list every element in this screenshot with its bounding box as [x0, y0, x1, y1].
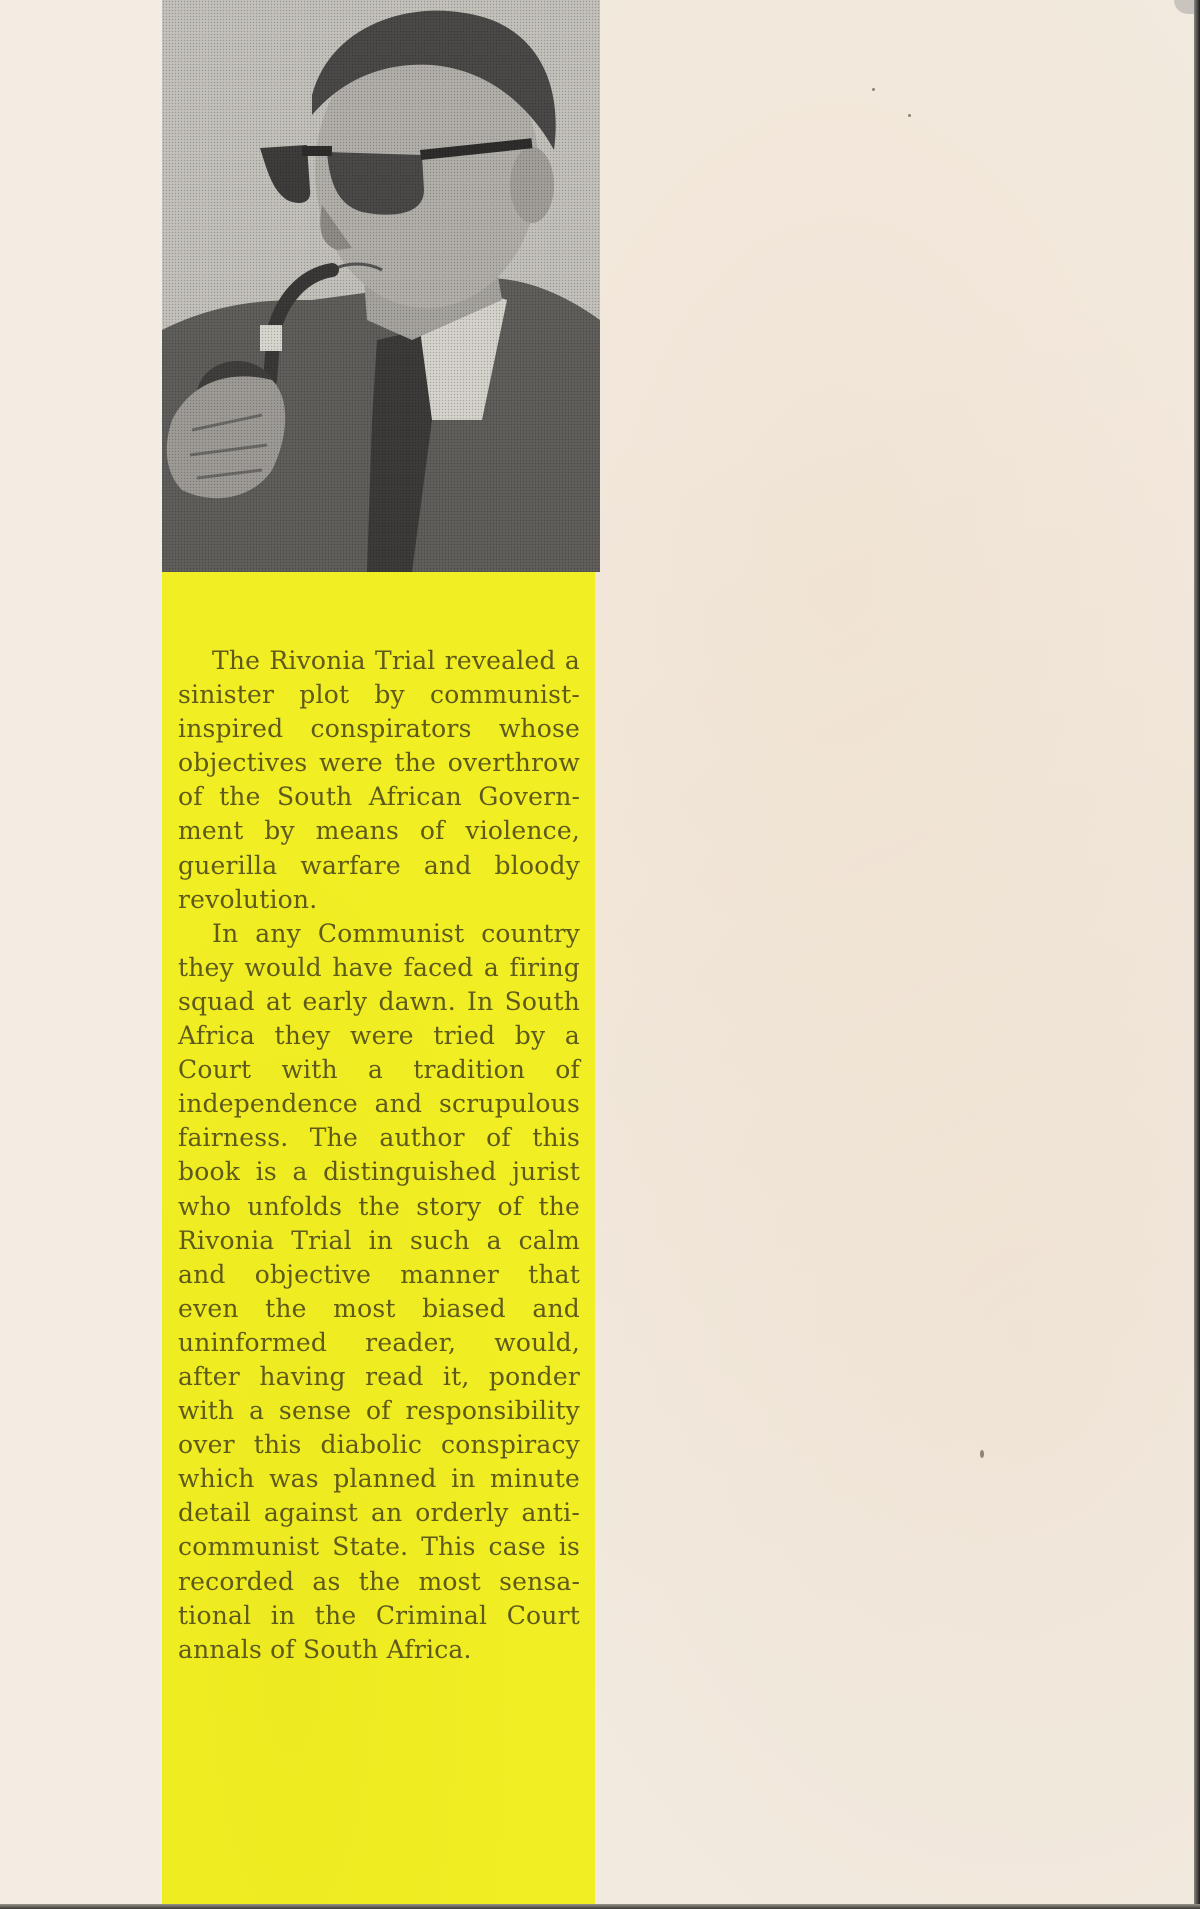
book-back-cover: The Rivonia Trial revealed a sinister pl… — [0, 0, 1200, 1909]
cover-right-edge — [1194, 0, 1200, 1909]
blurb-panel: The Rivonia Trial revealed a sinister pl… — [162, 572, 595, 1904]
corner-wear — [1174, 0, 1196, 14]
blurb-paragraph-2: In any Communist country they would have… — [178, 917, 580, 1667]
blurb-text: The Rivonia Trial revealed a sinister pl… — [178, 644, 580, 1667]
author-portrait-photo — [162, 0, 600, 572]
cover-bottom-edge — [0, 1904, 1200, 1909]
blurb-paragraph-1: The Rivonia Trial revealed a sinister pl… — [178, 644, 580, 917]
paper-speck — [872, 88, 875, 91]
paper-speck — [908, 114, 911, 117]
paper-speck — [980, 1450, 984, 1458]
portrait-illustration — [162, 0, 600, 572]
